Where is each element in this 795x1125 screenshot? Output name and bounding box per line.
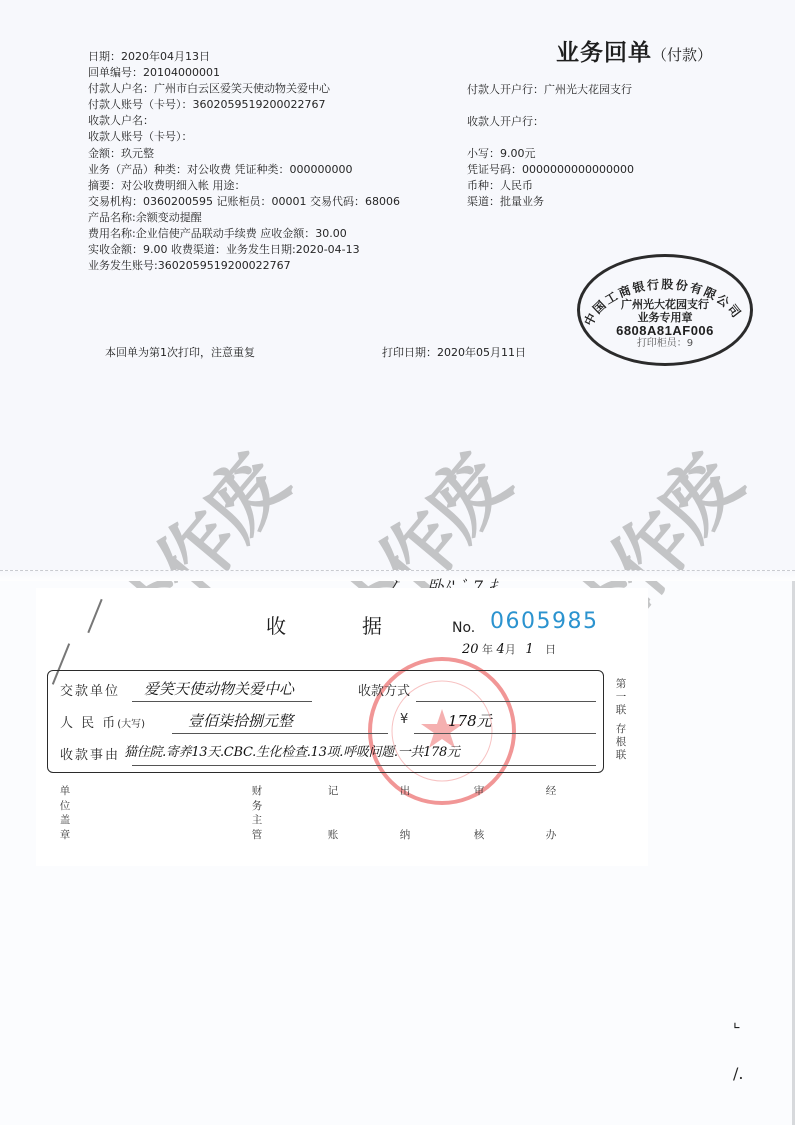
slip-field: 金额：玖元整 [88, 146, 154, 161]
print-count-note: 本回单为第1次打印，注意重复 [105, 344, 255, 360]
slip-title-text: 业务回单 [556, 40, 652, 66]
stamp-teller: 打印柜员：9 [580, 337, 750, 350]
sign-unit-seal: 单位盖章 [58, 784, 72, 842]
reason-value: 猫住院.寄养13天.CBC.生化检查.13项.呼吸问题.一共178元 [124, 741, 460, 760]
slip-title-suffix: （付款） [652, 46, 712, 64]
slip-field: 回单编号：20104000001 [88, 65, 220, 80]
receipt-form-box: 交款单位 爱笑天使动物关爱中心 收款方式 人 民 币(大写) 壹佰柒拾捌元整 ¥… [47, 670, 604, 773]
copy-label-stub: 存根联 [614, 723, 628, 762]
amount-figure-underline [414, 733, 596, 734]
slip-title: 业务回单（付款） [556, 34, 712, 67]
payer-underline [132, 701, 312, 702]
slip-field: 日期：2020年04月13日 [88, 49, 210, 64]
method-underline [416, 701, 596, 702]
stamp-code: 6808A81AF006 [580, 324, 750, 337]
sign-reviewer: 审核 [472, 784, 486, 842]
stamp-branch: 广州光大花园支行 [580, 298, 750, 311]
currency: 币种：人民币 [467, 178, 533, 193]
payer-bank: 付款人开户行：广州光大花园支行 [467, 82, 632, 97]
slip-field: 业务发生账号:3602059519200022767 [88, 258, 291, 273]
row-reason: 收款事由 猫住院.寄养13天.CBC.生化检查.13项.呼吸问题.一共178元 [48, 744, 603, 768]
receipt-title-right: 据 [362, 610, 382, 639]
date-year-label: 年 [482, 643, 493, 656]
date-day-label: 日 [545, 643, 556, 656]
receipt-date: 20 年 4月 1 日 [462, 641, 556, 657]
method-label: 收款方式 [358, 680, 410, 699]
slip-field: 付款人账号（卡号）：3602059519200022767 [88, 97, 325, 112]
pen-mark: ⌞ [733, 1012, 741, 1031]
staple-pin [87, 599, 102, 633]
reason-underline [132, 765, 596, 766]
sign-finance-head: 财务主管 [250, 784, 264, 842]
date-month-label: 月 [505, 643, 516, 656]
amount-words-value: 壹佰柒拾捌元整 [188, 710, 293, 731]
sign-handler: 经办 [544, 784, 558, 842]
slip-field: 收款人账号（卡号）： [88, 129, 193, 144]
reason-label: 收款事由 [60, 744, 120, 763]
date-day-hand: 1 [525, 642, 533, 657]
slip-field: 实收金额：9.00 收费渠道：业务发生日期:2020-04-13 [88, 242, 360, 257]
amount-figure-value: 178元 [448, 710, 492, 731]
payee-bank: 收款人开户行： [467, 114, 544, 129]
receipt-title-left: 收 [266, 610, 286, 639]
handwritten-receipt: 收 据 No. 0605985 20 年 4月 1 日 交款单位 爱笑天使动物关… [36, 588, 648, 866]
channel: 渠道：批量业务 [467, 194, 544, 209]
row-payer: 交款单位 爱笑天使动物关爱中心 收款方式 [48, 680, 603, 704]
bank-receipt-slip: 业务回单（付款） 日期：2020年04月13日回单编号：20104000001付… [0, 0, 795, 575]
receipt-no-label: No. [452, 620, 475, 636]
slip-field: 费用名称:企业信使产品联动手续费 应收金额：30.00 [88, 226, 347, 241]
slip-field: 付款人户名：广州市白云区爱笑天使动物关爱中心 [88, 81, 330, 96]
slip-field: 产品名称:余额变动提醒 [88, 210, 202, 225]
slip-field: 业务（产品）种类：对公收费 凭证种类：000000000 [88, 162, 352, 177]
amount-words-underline [172, 733, 388, 734]
date-year-hand: 20 [462, 642, 479, 657]
sign-bookkeeper: 记账 [326, 784, 340, 842]
payer-label: 交款单位 [60, 680, 120, 699]
amount-label-sub: (大写) [117, 719, 145, 730]
row-amount: 人 民 币(大写) 壹佰柒拾捌元整 ¥ 178元 [48, 712, 603, 736]
stamp-inner: 广州光大花园支行 业务专用章 6808A81AF006 打印柜员：9 [580, 298, 750, 350]
amount-label-text: 人 民 币 [60, 716, 117, 731]
slip-field: 交易机构：0360200595 记账柜员：00001 交易代码：68006 [88, 194, 400, 209]
bank-stamp: 中国工商银行股份有限公司 广州光大花园支行 业务专用章 6808A81AF006… [577, 254, 753, 366]
receipt-number: 0605985 [490, 609, 598, 634]
copy-label-first: 第一联 [614, 678, 628, 717]
print-date: 打印日期：2020年05月11日 [382, 344, 526, 360]
pen-mark: /. [733, 1064, 743, 1083]
payer-value: 爱笑天使动物关爱中心 [144, 678, 294, 699]
voucher-number: 凭证号码：0000000000000000 [467, 162, 634, 177]
sign-cashier: 出纳 [398, 784, 412, 842]
slip-field: 摘要：对公收费明细入帐 用途： [88, 178, 246, 193]
date-month-hand: 4 [497, 642, 505, 657]
amount-label: 人 民 币(大写) [60, 712, 145, 731]
amount-small: 小写：9.00元 [467, 146, 536, 161]
slip-field: 收款人户名： [88, 113, 154, 128]
yen-symbol: ¥ [400, 712, 408, 727]
